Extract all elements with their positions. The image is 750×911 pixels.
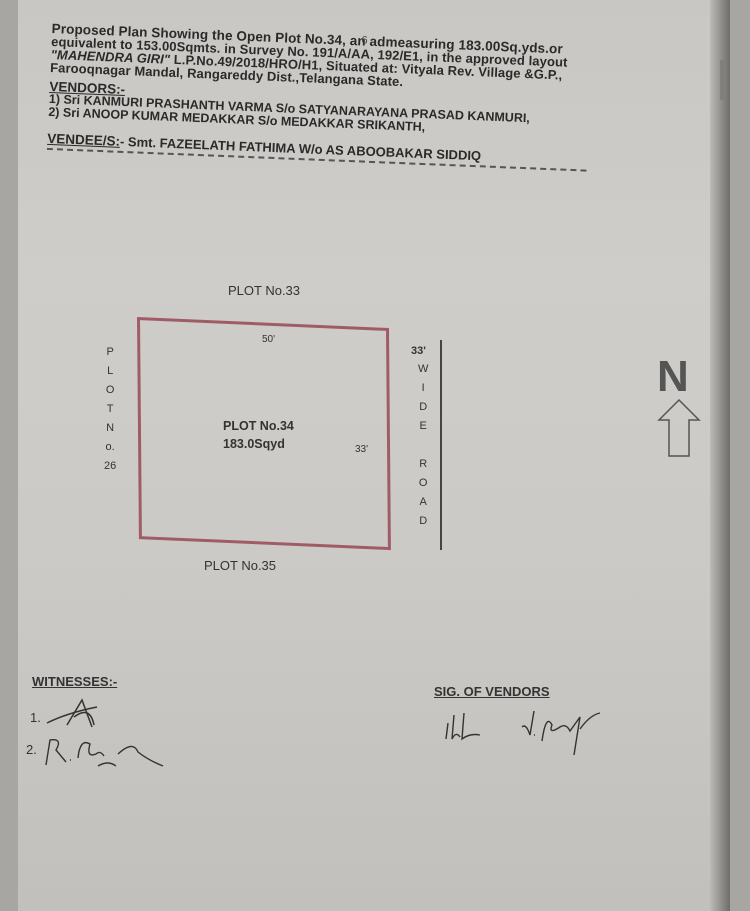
west-neighbor-letter: O [106,381,115,400]
plot-name: PLOT No.34 [223,417,294,435]
road-letter: A [420,493,427,512]
west-neighbor-letter: 26 [104,457,116,476]
road-letter [422,436,425,455]
vendor-signatures-label: SIG. OF VENDORS [434,684,550,699]
road-letter: R [419,455,427,474]
document-header: 6 Proposed Plan Showing the Open Plot No… [47,22,692,176]
plot-info: PLOT No.34 183.0Sqyd [223,417,294,453]
road-letter: D [419,398,427,417]
vendee-label: VENDEE/S: [47,131,120,149]
page-edge [710,0,730,911]
north-label: N [657,352,689,402]
witness-1-signature [42,695,112,735]
south-neighbor-label: PLOT No.35 [204,558,276,573]
edge-stamp [720,60,724,100]
top-dimension: 50' [262,334,275,345]
vendor-signatures [430,705,630,765]
witness-2-number: 2. [26,742,37,757]
road-width: 33' [411,345,426,357]
witnesses-label: WITNESSES:- [32,674,117,689]
road-letter: I [422,379,425,398]
witness-2-signature [38,730,173,780]
west-neighbor-label: PLOTNo.26 [104,343,116,476]
plot-area: 183.0Sqyd [223,435,294,453]
road-line [440,340,442,550]
west-neighbor-letter: N [106,419,114,438]
side-dimension: 33' [355,444,368,455]
road-letter: O [419,474,428,493]
west-neighbor-letter: L [107,362,113,381]
west-neighbor-letter: o. [106,438,115,457]
road-letter: E [420,417,427,436]
road-letter: W [418,360,428,379]
north-neighbor-label: PLOT No.33 [228,283,300,298]
road-label: WIDE ROAD [418,360,428,531]
north-arrow-icon [657,398,701,460]
west-neighbor-letter: P [106,343,113,362]
road-letter: D [419,512,427,531]
west-neighbor-letter: T [107,400,114,419]
page-number: 6 [361,34,368,46]
witness-1-number: 1. [30,710,41,725]
